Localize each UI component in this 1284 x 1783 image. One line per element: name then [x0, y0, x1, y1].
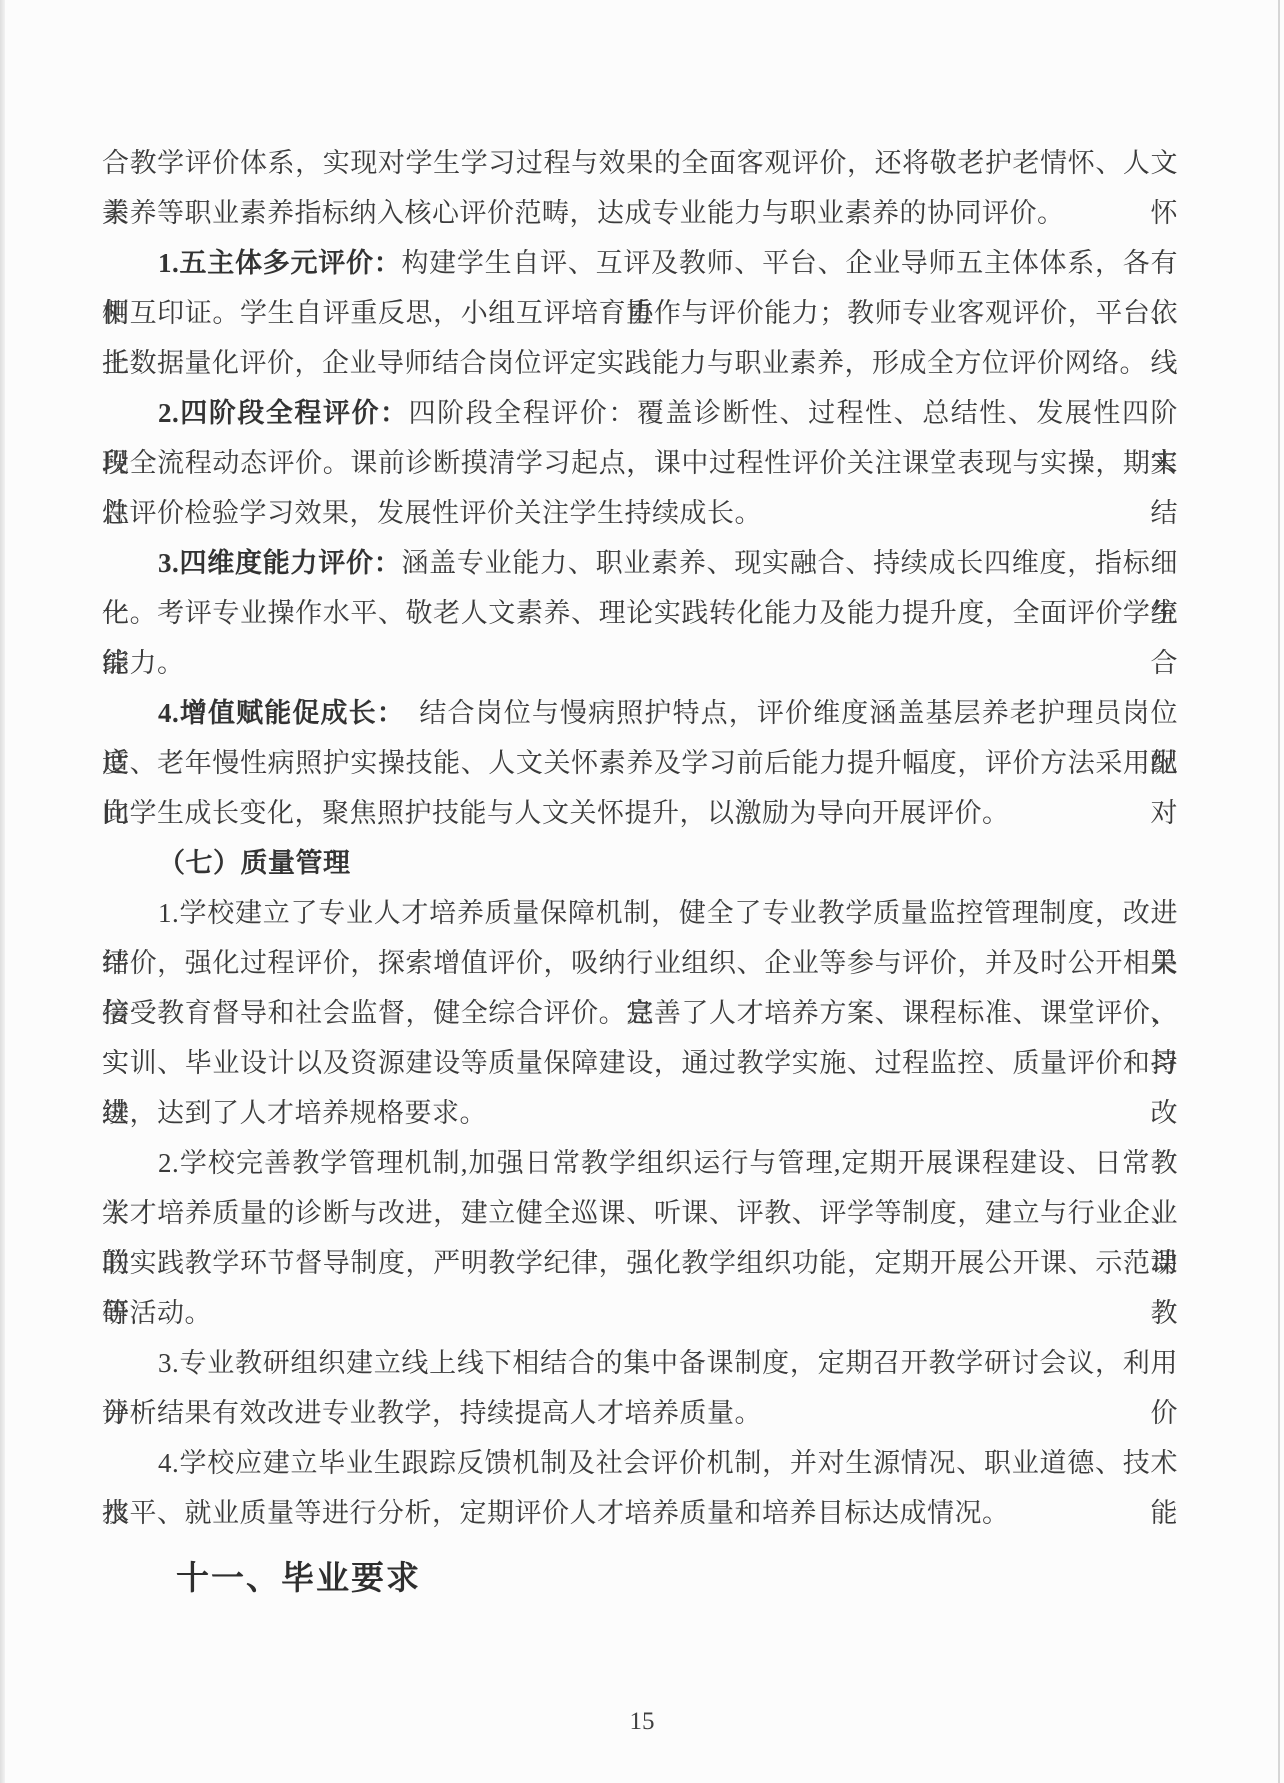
text-line: 1.五主体多元评价：构建学生自评、互评及教师、平台、企业导师五主体体系，各有侧重… [102, 238, 1178, 288]
text-line: 4.增值赋能促成长： 结合岗位与慢病照护特点，评价维度涵盖基层养老护理员岗位适配 [102, 688, 1178, 738]
text-line: 实训、毕业设计以及资源建设等质量保障建设，通过教学实施、过程监控、质量评价和持续… [102, 1038, 1178, 1088]
scan-edge-left [0, 0, 5, 1783]
line-text: 进，达到了人才培养规格要求。 [102, 1098, 487, 1128]
chapter-heading-graduation: 十一、毕业要求 [102, 1548, 1178, 1610]
text-line: 人才培养质量的诊断与改进，建立健全巡课、听课、评教、评学等制度，建立与行业企业联… [102, 1188, 1178, 1238]
line-text: 十一、毕业要求 [176, 1561, 421, 1597]
text-line: 的实践教学环节督导制度，严明教学纪律，强化教学组织功能，定期开展公开课、示范课等… [102, 1238, 1178, 1288]
line-text: 分析结果有效改进专业教学，持续提高人才培养质量。 [102, 1398, 762, 1428]
text-line: 3.四维度能力评价：涵盖专业能力、职业素养、现实融合、持续成长四维度，指标细化统 [102, 538, 1178, 588]
section-heading-quality: （七）质量管理 [102, 838, 1178, 888]
line-text: 比学生成长变化，聚焦照护技能与人文关怀提升，以激励为导向开展评价。 [102, 798, 1010, 828]
line-text: 研活动。 [102, 1298, 212, 1328]
text-line: 度、老年慢性病照护实操技能、人文关怀素养及学习前后能力提升幅度，评价方法采用纵向… [102, 738, 1178, 788]
document-page: 合教学评价体系，实现对学生学习过程与效果的全面客观评价，还将敬老护老情怀、人文关… [0, 0, 1284, 1783]
text-line: 合教学评价体系，实现对学生学习过程与效果的全面客观评价，还将敬老护老情怀、人文关… [102, 138, 1178, 188]
paragraph-lead: 3.四维度能力评价： [158, 548, 401, 578]
line-text: 上数据量化评价，企业导师结合岗位评定实践能力与职业素养，形成全方位评价网络。 [102, 348, 1147, 378]
text-line: 评价，强化过程评价，探索增值评价，吸纳行业组织、企业等参与评价，并及时公开相关信… [102, 938, 1178, 988]
paragraph-lead: 2.四阶段全程评价： [158, 398, 409, 428]
text-line: 3.专业教研组织建立线上线下相结合的集中备课制度，定期召开教学研讨会议，利用评价 [102, 1338, 1178, 1388]
paragraph-lead: （七）质量管理 [158, 848, 351, 878]
text-line: 相互印证。学生自评重反思，小组互评培育协作与评价能力；教师专业客观评价，平台依托… [102, 288, 1178, 338]
document-body: 合教学评价体系，实现对学生学习过程与效果的全面客观评价，还将敬老护老情怀、人文关… [102, 138, 1178, 1610]
text-line: 一。考评专业操作水平、敬老人文素养、理论实践转化能力及能力提升度，全面评价学生综… [102, 588, 1178, 638]
text-line: 4.学校应建立毕业生跟踪反馈机制及社会评价机制，并对生源情况、职业道德、技术技能 [102, 1438, 1178, 1488]
text-line: 素养等职业素养指标纳入核心评价范畴，达成专业能力与职业素养的协同评价。 [102, 188, 1178, 238]
line-text: 一。考评专业操作水平、敬老人文素养、理论实践转化能力及能力提升度，全面评价学生综… [102, 598, 1178, 678]
text-line: 2.学校完善教学管理机制,加强日常教学组织运行与管理,定期开展课程建设、日常教学… [102, 1138, 1178, 1188]
paragraph-lead: 4.增值赋能促成长： [158, 698, 391, 728]
line-text: 性评价检验学习效果，发展性评价关注学生持续成长。 [102, 498, 762, 528]
line-text: 素养等职业素养指标纳入核心评价范畴，达成专业能力与职业素养的协同评价。 [102, 198, 1065, 228]
text-line: 接受教育督导和社会监督，健全综合评价。完善了人才培养方案、课程标准、课堂评价、实… [102, 988, 1178, 1038]
text-line: 1.学校建立了专业人才培养质量保障机制，健全了专业教学质量监控管理制度，改进结果 [102, 888, 1178, 938]
line-text: 的实践教学环节督导制度，严明教学纪律，强化教学组织功能，定期开展公开课、示范课等… [102, 1248, 1178, 1328]
page-number: 15 [0, 1708, 1284, 1736]
line-text: 能力。 [102, 648, 185, 678]
text-line: 现全流程动态评价。课前诊断摸清学习起点，课中过程性评价关注课堂表现与实操，期末总… [102, 438, 1178, 488]
text-line: 2.四阶段全程评价：四阶段全程评价：覆盖诊断性、过程性、总结性、发展性四阶段，实 [102, 388, 1178, 438]
line-text: 水平、就业质量等进行分析，定期评价人才培养质量和培养目标达成情况。 [102, 1498, 1010, 1528]
scan-edge-right [1278, 0, 1280, 1783]
paragraph-lead: 1.五主体多元评价： [158, 248, 401, 278]
text-line: 上数据量化评价，企业导师结合岗位评定实践能力与职业素养，形成全方位评价网络。 [102, 338, 1178, 388]
